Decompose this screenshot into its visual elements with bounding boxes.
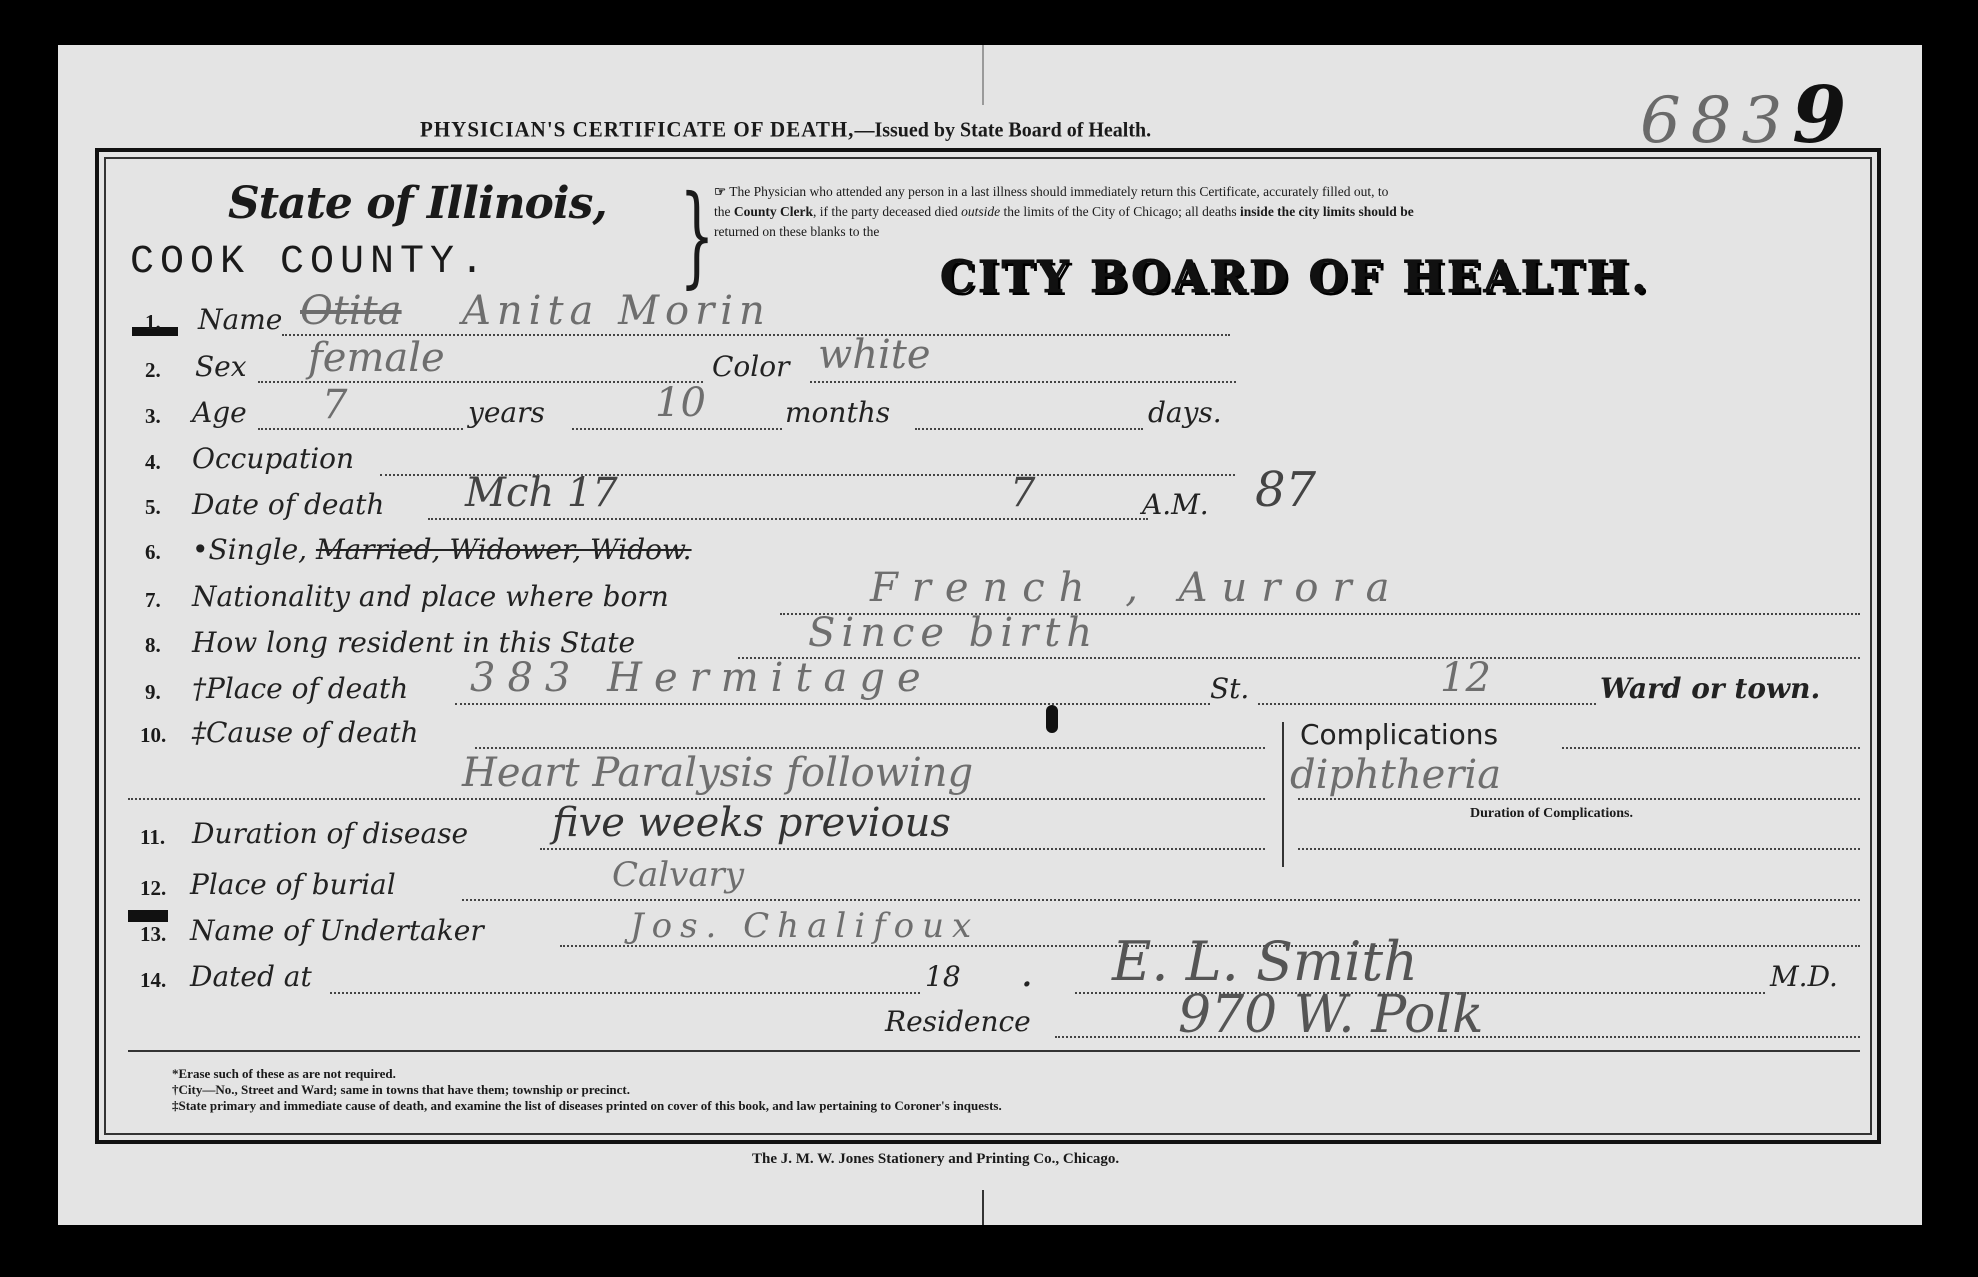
instructions-notice: ☞ The Physician who attended any person … <box>714 182 1864 242</box>
date-of-death-value: Mch 17 <box>465 470 618 516</box>
footnotes: *Erase such of these as are not required… <box>172 1066 1002 1114</box>
redaction-mark <box>128 910 168 922</box>
years-label: years <box>468 396 545 429</box>
age-years-line <box>258 428 463 430</box>
row-number: 6. <box>145 540 161 565</box>
place-of-death-label: †Place of death <box>192 672 408 705</box>
row-number: 11. <box>140 825 165 850</box>
residence-duration-value: Since birth <box>808 610 1098 656</box>
date-of-death-label: Date of death <box>192 488 384 521</box>
row-number: 1. <box>145 310 161 335</box>
row-number: 7. <box>145 588 161 613</box>
age-years-value: 7 <box>322 382 347 428</box>
md-label: M.D. <box>1770 960 1838 993</box>
row-number: 3. <box>145 404 161 429</box>
duration-of-complications-label: Duration of Complications. <box>1470 806 1633 822</box>
complications-divider <box>1282 722 1284 867</box>
cause-of-death-value: Heart Paralysis following <box>462 750 973 796</box>
months-label: months <box>785 396 890 429</box>
name-label: Name <box>198 303 282 336</box>
ward-value: 12 <box>1440 655 1491 701</box>
undertaker-value: Jos. Chalifoux <box>630 906 979 946</box>
duration-of-disease-value: five weeks previous <box>552 800 951 846</box>
state-heading: State of Illinois, <box>228 178 607 229</box>
color-label: Color <box>712 350 789 383</box>
ink-blot <box>1046 705 1058 733</box>
ward-line <box>1258 703 1596 705</box>
age-label: Age <box>192 396 247 429</box>
place-of-burial-label: Place of burial <box>190 868 396 901</box>
age-months-value: 10 <box>655 380 706 426</box>
ward-or-town-label: Ward or town. <box>1600 672 1820 705</box>
duration-of-complications-line <box>1298 848 1860 850</box>
marital-status-label: •Single, Married, Widower, Widow. <box>192 533 692 566</box>
name-value: Anita Morin <box>462 288 771 334</box>
hour-of-death-value: 7 <box>1010 470 1035 516</box>
date-of-death-line <box>428 518 1148 520</box>
brace-symbol: } <box>680 180 715 290</box>
age-days-line <box>915 428 1143 430</box>
dated-at-line <box>330 992 920 994</box>
age-months-line <box>572 428 782 430</box>
physician-signature: E. L. Smith <box>1112 930 1418 993</box>
nationality-value: French , Aurora <box>870 565 1403 611</box>
row-number: 5. <box>145 495 161 520</box>
row-number: 14. <box>140 968 166 993</box>
color-value: white <box>818 332 931 378</box>
footnote-rule <box>128 1050 1860 1052</box>
complications-line-2 <box>1298 798 1860 800</box>
residence-value: 970 W. Polk <box>1178 985 1484 1045</box>
cause-of-death-line-1 <box>475 747 1265 749</box>
fold-mark-bottom <box>982 1190 984 1225</box>
date-separator: . <box>1022 960 1032 993</box>
place-of-death-line <box>455 703 1210 705</box>
cause-of-death-label: ‡Cause of death <box>192 716 419 749</box>
row-number: 10. <box>140 723 166 748</box>
row-number: 12. <box>140 876 166 901</box>
occupation-label: Occupation <box>192 442 354 475</box>
name-struck-text: Otita <box>300 288 402 334</box>
row-number: 8. <box>145 633 161 658</box>
duration-of-disease-line <box>540 848 1265 850</box>
sex-value: female <box>308 335 445 381</box>
complications-line-1 <box>1562 747 1860 749</box>
days-label: days. <box>1148 396 1222 429</box>
place-of-burial-line <box>462 899 1860 901</box>
undertaker-label: Name of Undertaker <box>190 914 484 947</box>
complications-value: diphtheria <box>1290 752 1501 798</box>
complications-label: Complications <box>1300 718 1498 751</box>
county-heading: COOK COUNTY. <box>130 240 490 285</box>
duration-of-disease-label: Duration of disease <box>192 817 468 850</box>
residence-label: Residence <box>885 1005 1031 1038</box>
sex-label: Sex <box>195 350 247 383</box>
year-prefix-label: 18 <box>925 960 961 993</box>
printer-credit: The J. M. W. Jones Stationery and Printi… <box>752 1151 1119 1168</box>
year-of-death-value: 87 <box>1255 462 1316 518</box>
certificate-title: PHYSICIAN'S CERTIFICATE OF DEATH,—Issued… <box>420 116 1151 142</box>
color-line <box>810 381 1236 383</box>
place-of-death-value: 383 Hermitage <box>470 655 933 701</box>
dated-at-label: Dated at <box>190 960 312 993</box>
place-of-burial-value: Calvary <box>612 855 744 895</box>
fold-mark-top <box>982 45 984 105</box>
row-number: 9. <box>145 680 161 705</box>
row-number: 13. <box>140 922 166 947</box>
meridiem-label: A.M. <box>1142 488 1209 521</box>
street-label: St. <box>1210 672 1249 705</box>
city-board-of-health-heading: CITY BOARD OF HEALTH. <box>940 252 1650 303</box>
row-number: 4. <box>145 450 161 475</box>
row-number: 2. <box>145 358 161 383</box>
nationality-label: Nationality and place where born <box>192 580 669 613</box>
